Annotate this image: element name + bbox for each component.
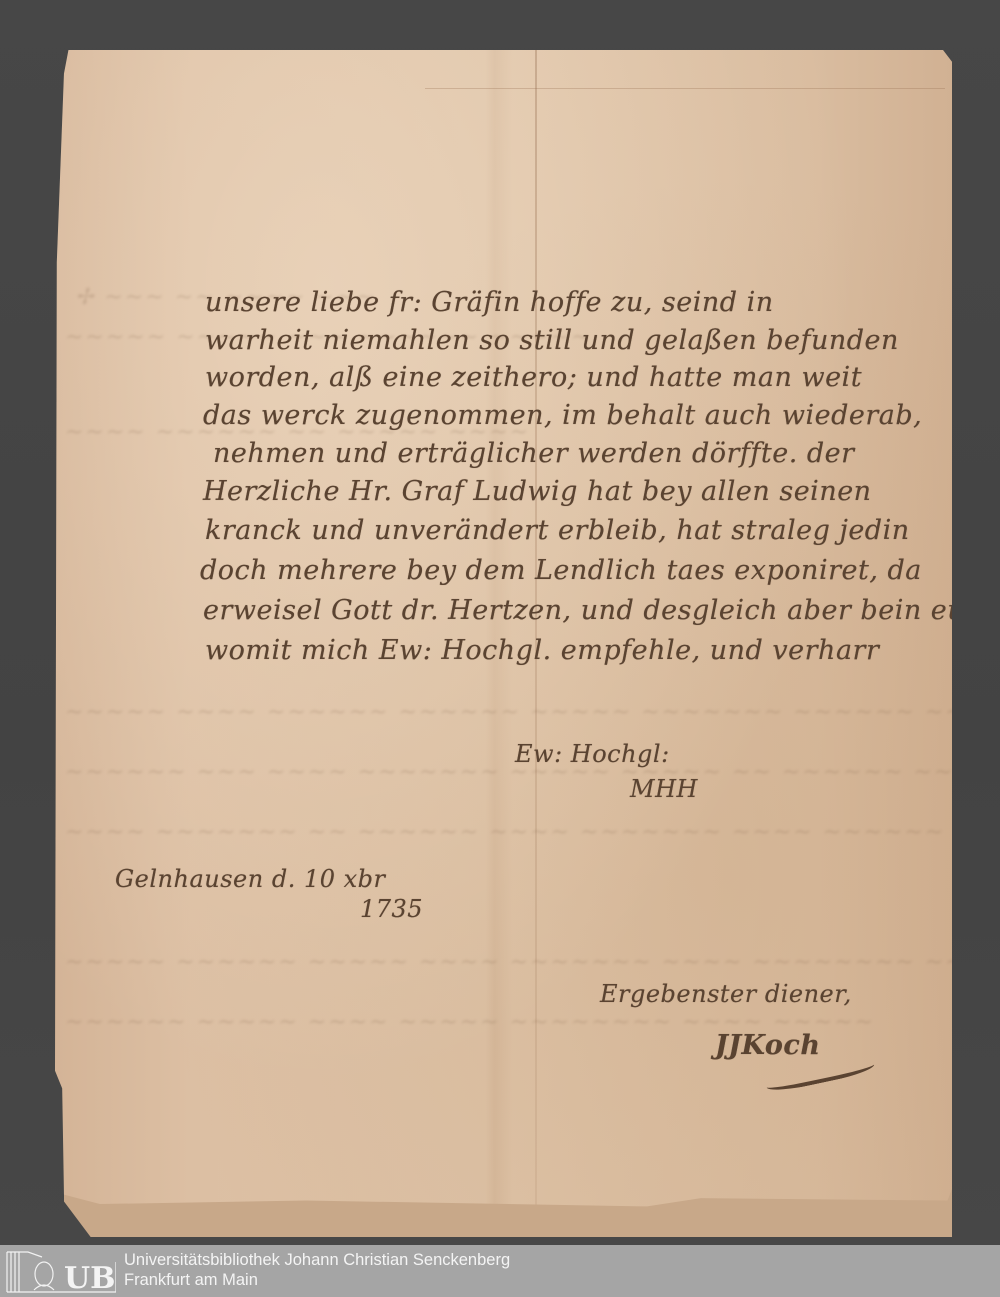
body-line-4: das werck zugenommen, im behalt auch wie… <box>203 400 922 431</box>
body-line-9: erweisel Gott dr. Hertzen, und desgleich… <box>203 595 999 626</box>
body-line-10: womit mich Ew: Hochgl. empfehle, und ver… <box>205 635 879 666</box>
institution-name: Universitätsbibliothek Johann Christian … <box>124 1250 510 1290</box>
body-line-7: kranck und unverändert erbleib, hat stra… <box>205 515 910 546</box>
city-line: Frankfurt am Main <box>124 1270 510 1290</box>
place-date: Gelnhausen d. 10 xbr <box>115 865 386 893</box>
signature-name: JJKoch <box>715 1030 821 1061</box>
closing-line-1: Ew: Hochgl: <box>515 740 670 768</box>
body-line-2: warheit niemahlen so still und gelaßen b… <box>205 325 899 356</box>
body-line-5: nehmen und erträglicher werden dörffte. … <box>213 438 855 469</box>
closing-line-2: MHH <box>630 775 698 803</box>
body-line-1: unsere liebe fr: Gräfin hoffe zu, seind … <box>205 287 774 318</box>
signature-greeting: Ergebenster diener, <box>600 980 852 1008</box>
horizontal-fold <box>425 88 945 89</box>
library-footer: UB Universitätsbibliothek Johann Christi… <box>0 1245 1000 1297</box>
ub-logo-icon: UB <box>4 1248 116 1294</box>
year: 1735 <box>360 895 423 923</box>
svg-text:UB: UB <box>64 1261 116 1294</box>
letter-page: ✢ ~~~ ~~ ~~~~ ~~~ ~~~~~ ~~~~~ ~~~ ~~~~~~… <box>55 50 952 1230</box>
body-line-6: Herzliche Hr. Graf Ludwig hat bey allen … <box>203 476 872 507</box>
body-line-8: doch mehrere bey dem Lendlich taes expon… <box>200 555 922 586</box>
institution-line: Universitätsbibliothek Johann Christian … <box>124 1250 510 1270</box>
body-line-3: worden, alß eine zeithero; und hatte man… <box>205 362 862 393</box>
